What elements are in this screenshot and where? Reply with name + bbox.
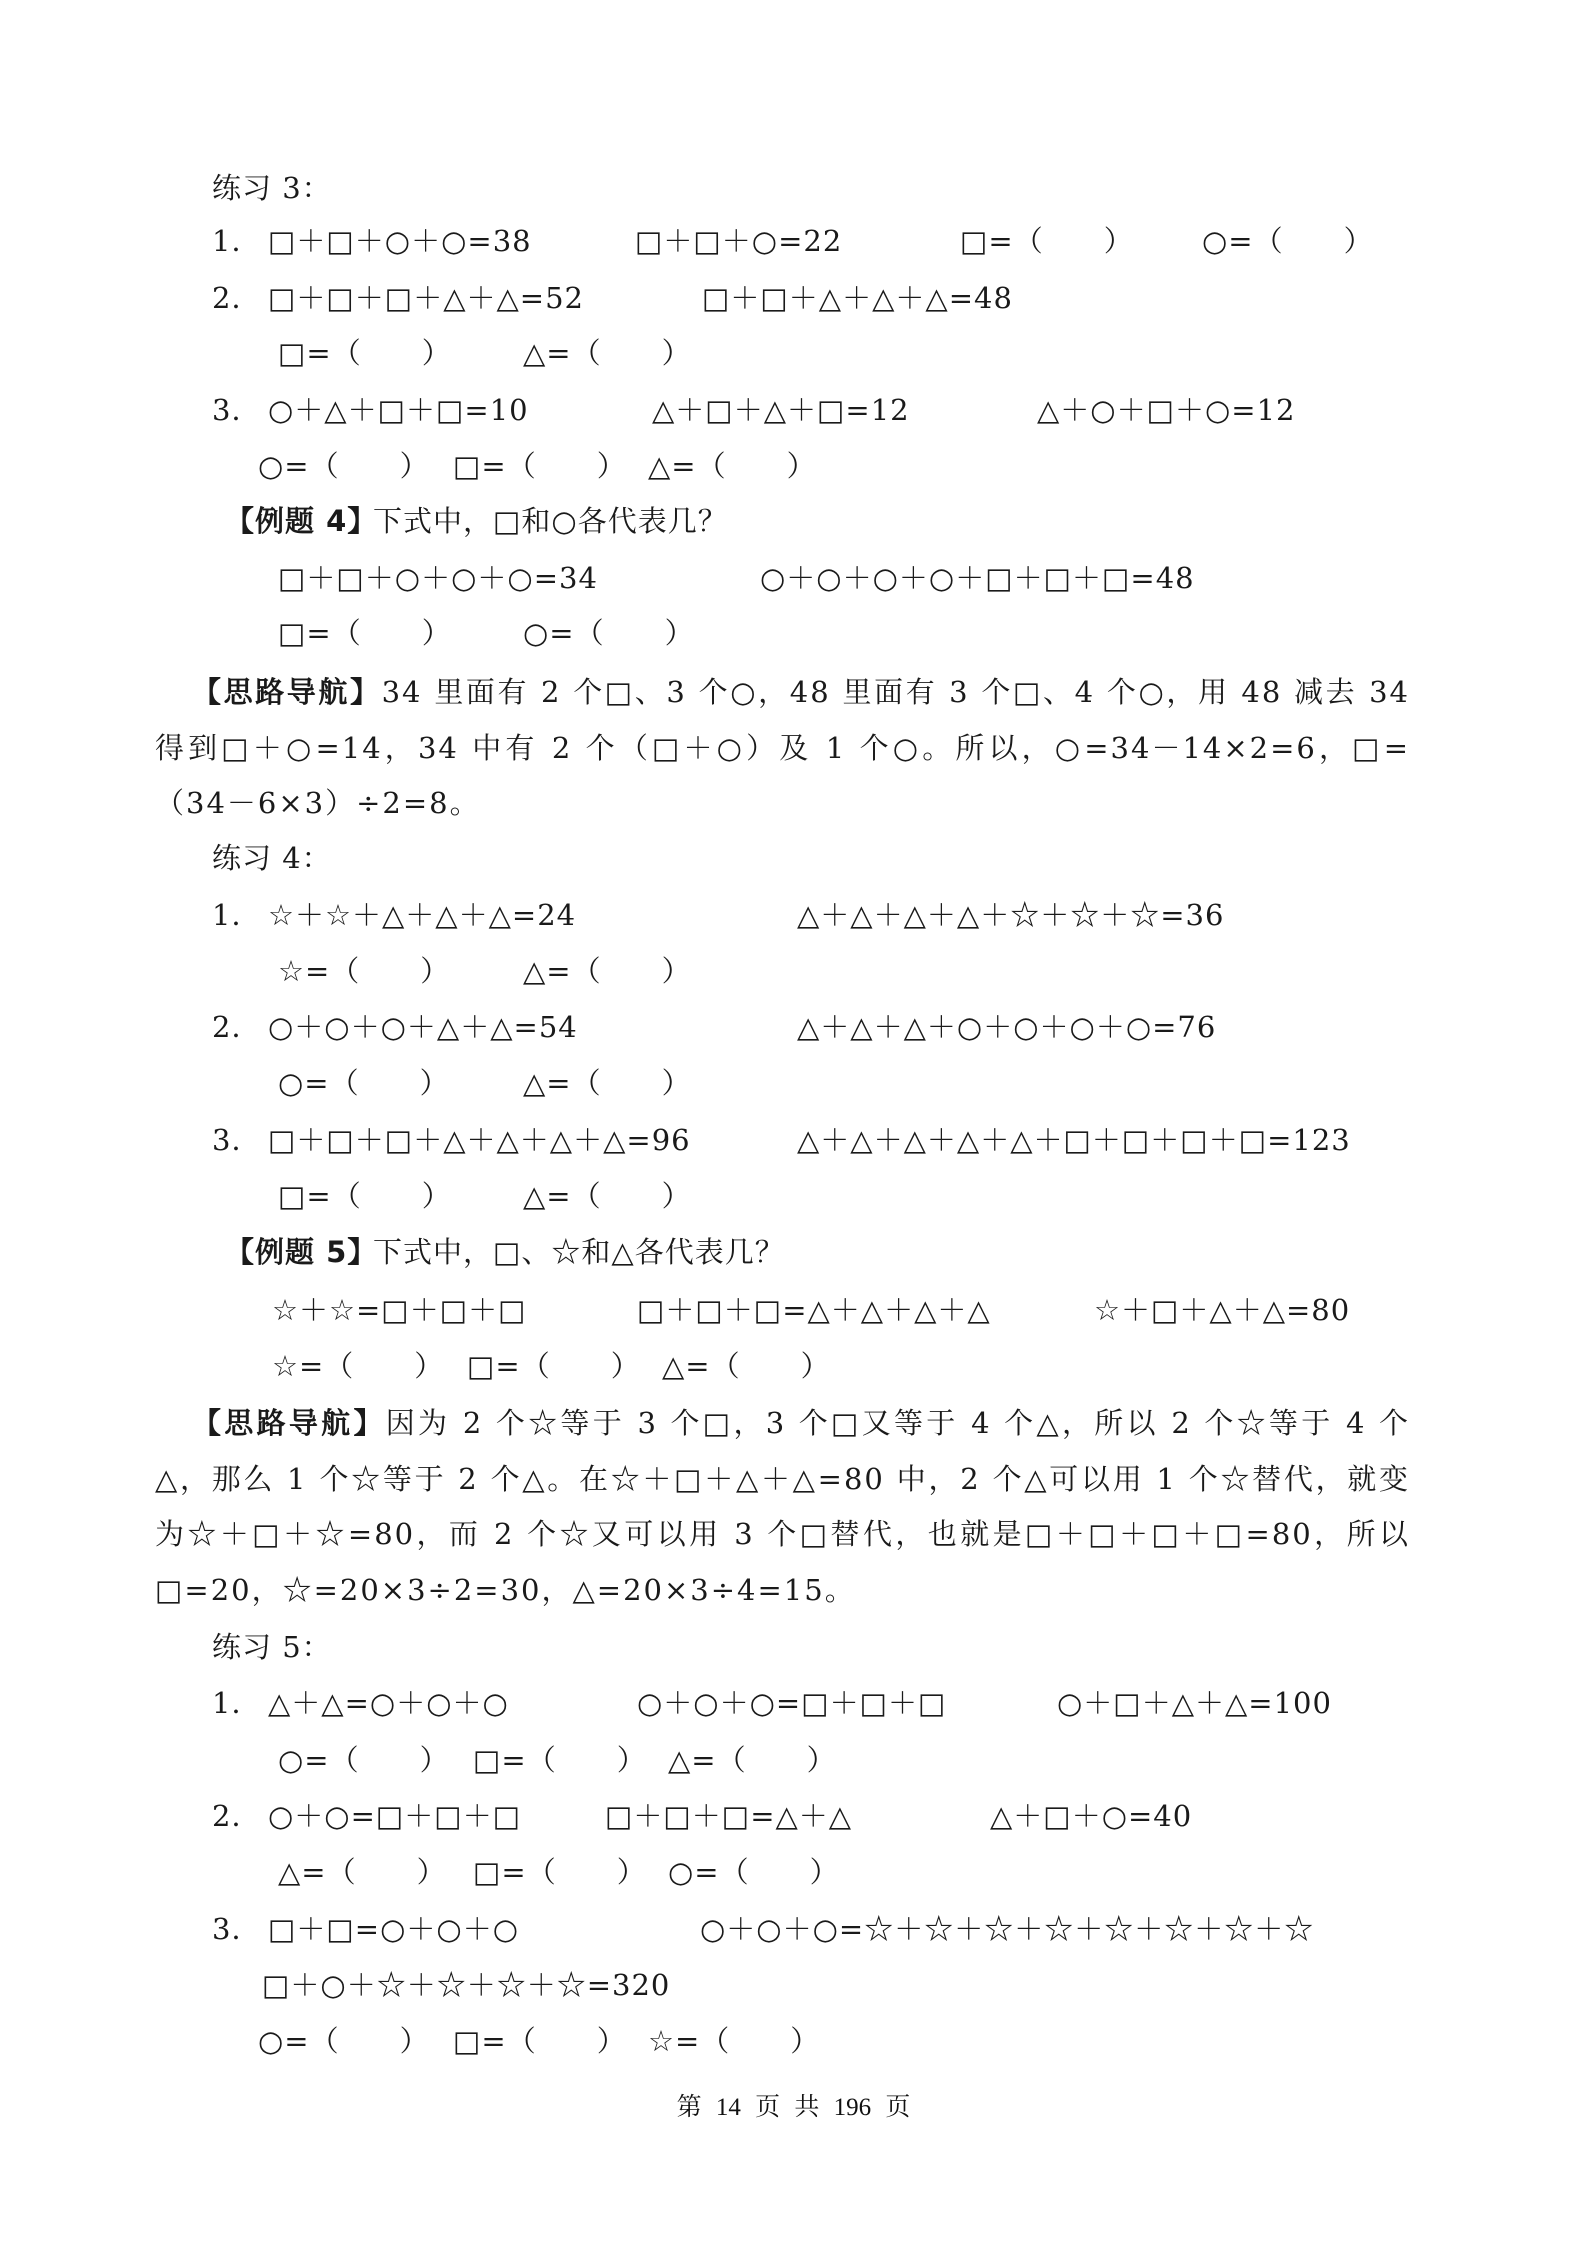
question-number: 3． xyxy=(212,1909,261,1949)
example-label: 【例题 4】 xyxy=(225,501,377,541)
answer-blank: ☆=（ ） xyxy=(648,2021,820,2061)
equation: ○＋□＋△＋△=100 xyxy=(1057,1683,1332,1723)
answer-blank: ○=（ ） xyxy=(278,1740,450,1780)
answer-blank: △=（ ） xyxy=(523,1063,692,1103)
equation: ○＋○＋○=□＋□＋□ xyxy=(637,1683,946,1723)
question-number: 1． xyxy=(212,1683,261,1723)
page-footer: 第 14 页 共 196 页 xyxy=(0,2087,1587,2123)
answer-blank: □=（ ） xyxy=(278,613,452,653)
answer-blank: △=（ ） xyxy=(662,1346,831,1386)
example-4-solution-guide: 【思路导航】34 里面有 2 个□、3 个○，48 里面有 3 个□、4 个○，… xyxy=(155,665,1410,832)
equation: □＋□＋□＋△＋△＋△＋△=96 xyxy=(268,1120,691,1160)
equation: ☆＋☆＋△＋△＋△=24 xyxy=(268,895,576,935)
question-number: 2． xyxy=(212,1796,261,1836)
equation: △＋△＋△＋○＋○＋○＋○=76 xyxy=(797,1007,1216,1047)
question-number: 2． xyxy=(212,278,261,318)
answer-blank: □=（ ） xyxy=(278,1176,452,1216)
answer-blank: ○=（ ） xyxy=(258,2021,430,2061)
equation: ○＋○＋○＋△＋△=54 xyxy=(268,1007,578,1047)
equation: □＋□＋□=△＋△ xyxy=(605,1796,852,1836)
equation: ☆＋☆=□＋□＋□ xyxy=(272,1290,527,1330)
equation: △＋□＋○=40 xyxy=(990,1796,1192,1836)
equation: △＋□＋△＋□=12 xyxy=(652,390,910,430)
equation: ☆＋□＋△＋△=80 xyxy=(1094,1290,1350,1330)
guide-label: 【思路导航】 xyxy=(192,675,382,709)
equation: ○＋○＋○=☆＋☆＋☆＋☆＋☆＋☆＋☆＋☆ xyxy=(700,1909,1314,1949)
answer-blank: ○=（ ） xyxy=(278,1063,450,1103)
example-5-solution-guide: 【思路导航】因为 2 个☆等于 3 个□，3 个□又等于 4 个△，所以 2 个… xyxy=(155,1396,1410,1618)
answer-blank: □=（ ） xyxy=(453,2021,627,2061)
section-title: 练习 4： xyxy=(212,838,332,878)
guide-label: 【思路导航】 xyxy=(192,1406,386,1440)
equation: △＋○＋□＋○=12 xyxy=(1037,390,1296,430)
answer-blank: △=（ ） xyxy=(523,333,692,373)
answer-blank: △=（ ） xyxy=(523,951,692,991)
equation: □＋□＋○＋○=38 xyxy=(268,221,532,261)
answer-blank: △=（ ） xyxy=(523,1176,692,1216)
answer-blank: □=（ ） xyxy=(473,1740,647,1780)
equation: △＋△＋△＋△＋☆＋☆＋☆=36 xyxy=(797,895,1224,935)
answer-blank: □=（ ） xyxy=(467,1346,641,1386)
equation: □＋□＋△＋△＋△=48 xyxy=(702,278,1013,318)
answer-blank: ○=（ ） xyxy=(1202,221,1374,261)
example-question: 下式中，□、☆和△各代表几？ xyxy=(373,1232,785,1272)
question-number: 3． xyxy=(212,390,261,430)
workbook-page: 练习 3： 1． □＋□＋○＋○=38 □＋□＋○=22 □=（ ） ○=（ ）… xyxy=(0,0,1587,2245)
section-title: 练习 3： xyxy=(212,168,332,208)
answer-blank: ○=（ ） xyxy=(523,613,695,653)
example-question: 下式中，□和○各代表几？ xyxy=(373,501,728,541)
example-label: 【例题 5】 xyxy=(225,1232,377,1272)
equation: □＋□＋□=△＋△＋△＋△ xyxy=(637,1290,991,1330)
answer-blank: ☆=（ ） xyxy=(272,1346,444,1386)
equation: □＋□＋○＋○＋○=34 xyxy=(278,558,598,598)
answer-blank: △=（ ） xyxy=(278,1852,447,1892)
equation: △＋△=○＋○＋○ xyxy=(268,1683,509,1723)
equation: □＋□＋○=22 xyxy=(635,221,842,261)
answer-blank: △=（ ） xyxy=(668,1740,837,1780)
equation: △＋△＋△＋△＋△＋□＋□＋□＋□=123 xyxy=(797,1120,1351,1160)
question-number: 3． xyxy=(212,1120,261,1160)
equation: □＋□=○＋○＋○ xyxy=(268,1909,519,1949)
answer-blank: □=（ ） xyxy=(278,333,452,373)
question-number: 1． xyxy=(212,895,261,935)
equation: ○＋△＋□＋□=10 xyxy=(268,390,529,430)
answer-blank: ○=（ ） xyxy=(668,1852,840,1892)
answer-blank: □=（ ） xyxy=(473,1852,647,1892)
section-title: 练习 5： xyxy=(212,1627,332,1667)
answer-blank: ☆=（ ） xyxy=(278,951,450,991)
answer-blank: □=（ ） xyxy=(960,221,1134,261)
equation: □＋○＋☆＋☆＋☆＋☆=320 xyxy=(262,1965,670,2005)
equation: ○＋○=□＋□＋□ xyxy=(268,1796,521,1836)
answer-blank: ○=（ ） xyxy=(258,446,430,486)
equation: ○＋○＋○＋○＋□＋□＋□=48 xyxy=(760,558,1195,598)
question-number: 1． xyxy=(212,221,261,261)
equation: □＋□＋□＋△＋△=52 xyxy=(268,278,584,318)
question-number: 2． xyxy=(212,1007,261,1047)
answer-blank: △=（ ） xyxy=(648,446,817,486)
answer-blank: □=（ ） xyxy=(453,446,627,486)
